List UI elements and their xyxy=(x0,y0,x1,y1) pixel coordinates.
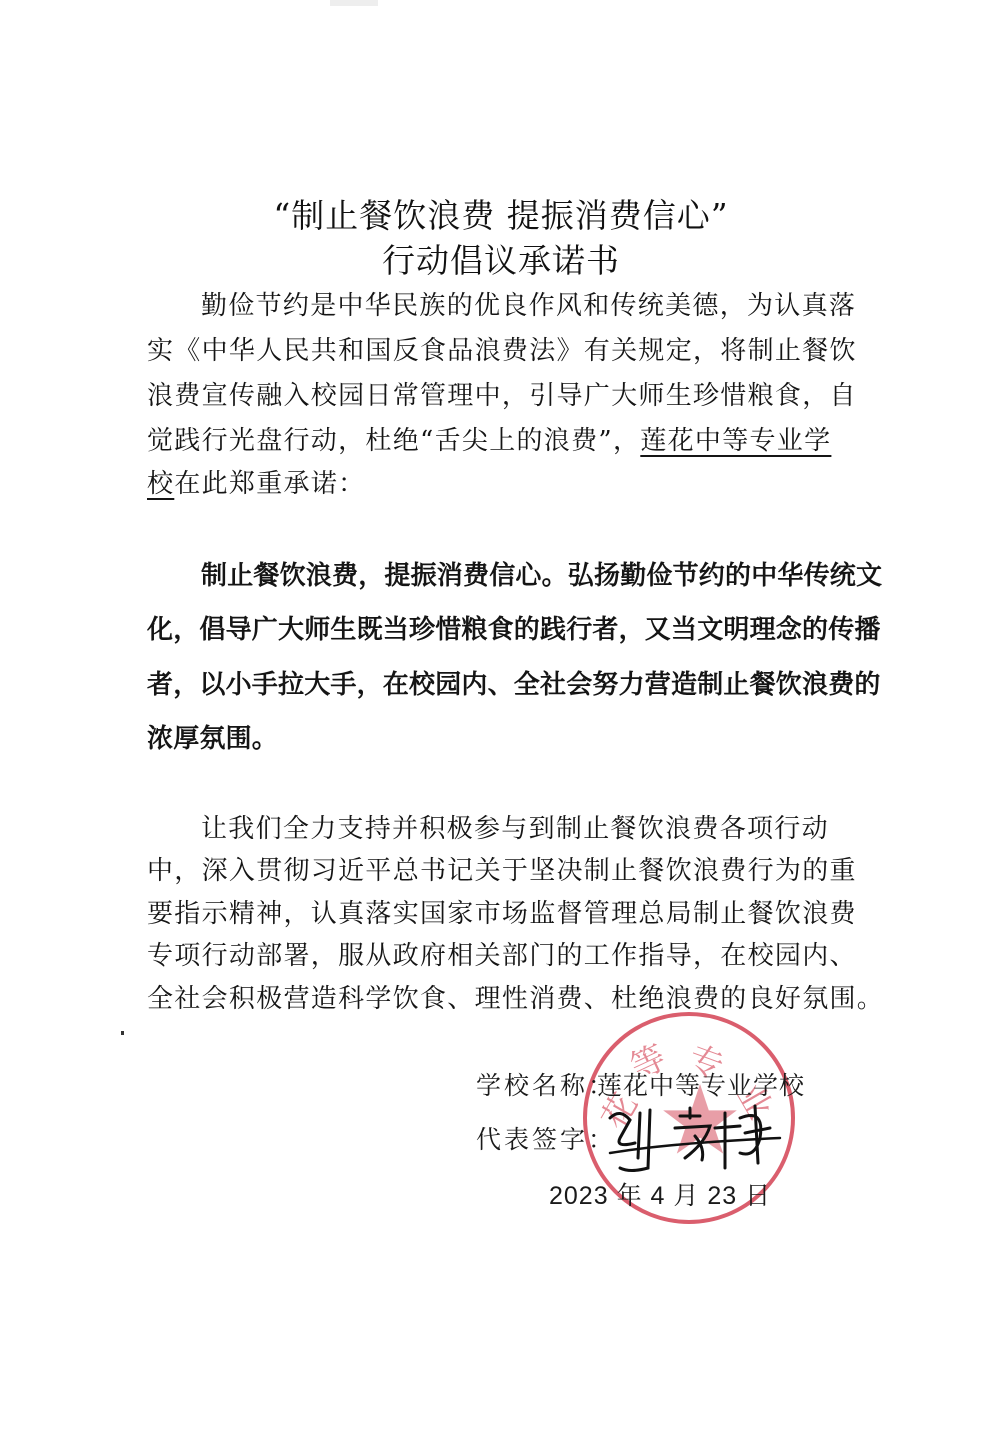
document-title-line2: 行动倡议承诺书 xyxy=(0,235,1002,282)
scan-artifact xyxy=(330,0,378,6)
school-name-underlined: 校 xyxy=(147,469,174,499)
paragraph-line: 校在此郑重承诺： xyxy=(147,463,365,500)
paragraph-line: 要指示精神，认真落实国家市场监督管理总局制止餐饮浪费 xyxy=(147,893,857,930)
document-title-line1: “制止餐饮浪费 提振消费信心” xyxy=(0,190,1002,237)
paragraph-line: 全社会积极营造科学饮食、理性消费、杜绝浪费的良好氛围。 xyxy=(147,978,884,1015)
paragraph-line: 制止餐饮浪费，提振消费信心。弘扬勤俭节约的中华传统文 xyxy=(201,555,882,592)
document-date: 2023 年 4 月 23 日 xyxy=(549,1176,771,1212)
school-name-value: 莲花中等专业学校 xyxy=(597,1066,805,1102)
date-month-unit: 月 xyxy=(673,1181,699,1210)
date-month: 4 xyxy=(651,1182,666,1210)
school-name-label: 学校名称： xyxy=(476,1066,616,1102)
document-page: “制止餐饮浪费 提振消费信心” 行动倡议承诺书 勤俭节约是中华民族的优良作风和传… xyxy=(0,0,1002,1438)
paragraph-line: 觉践行光盘行动，杜绝“舌尖上的浪费”，莲花中等专业学 xyxy=(147,420,831,457)
paragraph-line: 者，以小手拉大手，在校园内、全社会努力营造制止餐饮浪费的 xyxy=(147,664,881,701)
paragraph-line: 浓厚氛围。 xyxy=(147,718,278,755)
school-name-underlined: 莲花中等专业学 xyxy=(640,426,831,456)
scan-speck xyxy=(121,1031,124,1035)
date-year: 2023 xyxy=(549,1182,609,1210)
handwritten-signature xyxy=(590,1098,790,1178)
paragraph-line: 浪费宣传融入校园日常管理中，引导广大师生珍惜粮食，自 xyxy=(147,375,857,412)
paragraph-line: 专项行动部署，服从政府相关部门的工作指导，在校园内、 xyxy=(147,935,857,972)
date-year-unit: 年 xyxy=(617,1181,643,1210)
paragraph-line: 让我们全力支持并积极参与到制止餐饮浪费各项行动 xyxy=(201,808,829,845)
paragraph-line: 化，倡导广大师生既当珍惜粮食的践行者，又当文明理念的传播 xyxy=(147,609,881,646)
date-day-unit: 日 xyxy=(745,1181,771,1210)
paragraph-line: 勤俭节约是中华民族的优良作风和传统美德，为认真落 xyxy=(201,285,856,322)
paragraph-line: 中，深入贯彻习近平总书记关于坚决制止餐饮浪费行为的重 xyxy=(147,850,857,887)
paragraph-line: 实《中华人民共和国反食品浪费法》有关规定，将制止餐饮 xyxy=(147,330,857,367)
line-text: 在此郑重承诺： xyxy=(174,469,365,499)
line-text: 觉践行光盘行动，杜绝“舌尖上的浪费”， xyxy=(147,426,640,456)
date-day: 23 xyxy=(707,1182,737,1210)
